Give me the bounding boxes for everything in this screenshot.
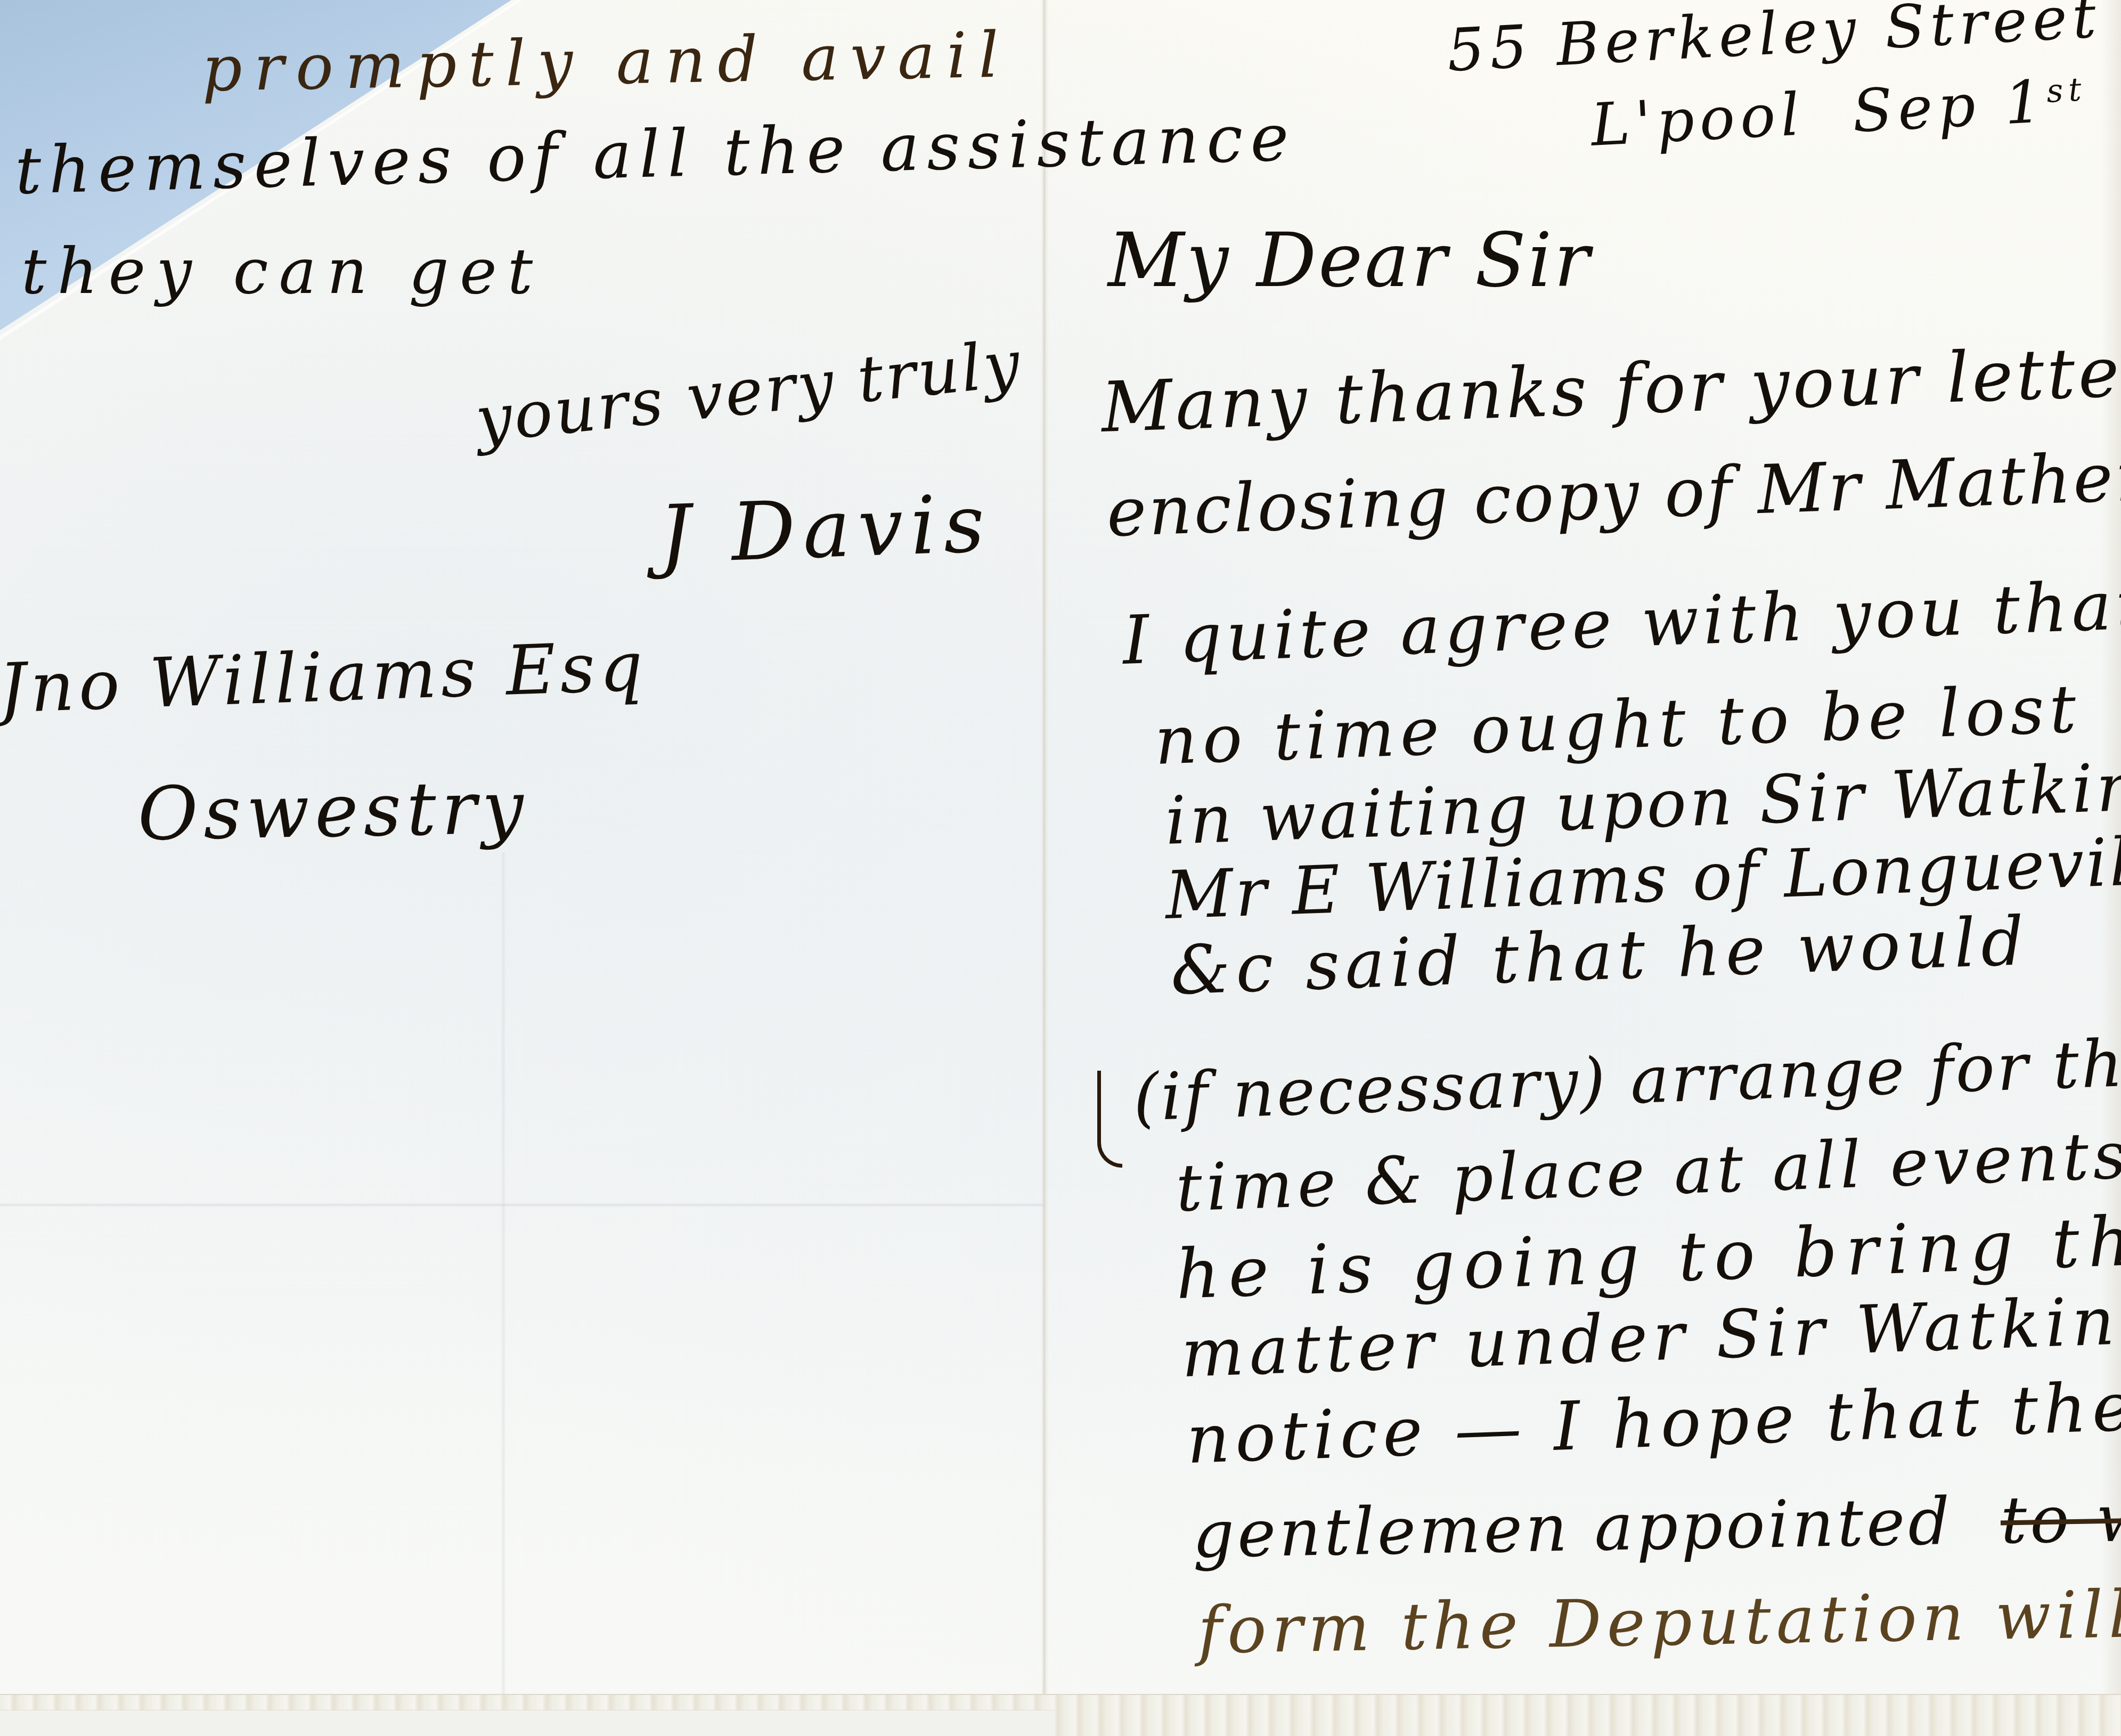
closing-phrase: yours very truly: [472, 332, 1024, 453]
center-fold: [1041, 0, 1049, 1736]
addressee-place: Oswestry: [137, 771, 529, 851]
body-line: I quite agree with you that: [1122, 572, 2121, 674]
signature: J Davis: [658, 484, 993, 575]
vertical-crease-left: [501, 852, 506, 1705]
body-line: enclosing copy of Mr Mathers's: [1106, 440, 2121, 547]
body-line: notice — I hope that the: [1186, 1373, 2121, 1473]
scanned-letter: promptly and avail themselves of all the…: [0, 0, 2121, 1736]
letter-place: L'pool: [1589, 80, 1806, 159]
body-line: time & place at all events: [1175, 1123, 2121, 1221]
horizontal-crease: [0, 1203, 1044, 1207]
body-line-text: gentlemen appointed: [1192, 1484, 1954, 1572]
left-line-3: they can get: [21, 240, 543, 303]
sender-address: 55 Berkeley Street: [1446, 0, 2102, 80]
struck-through-text: to wait: [2000, 1478, 2121, 1558]
addressee-name: Jno Williams Esq: [0, 633, 648, 723]
place-date: L'pool Sep 1st: [1589, 70, 2089, 154]
opening-parenthesis: [1097, 1071, 1122, 1168]
body-line: gentlemen appointed to wait: [1192, 1484, 2121, 1567]
letter-date: Sep 1: [1850, 67, 2049, 145]
body-line: Many thanks for your letter: [1100, 336, 2121, 442]
salutation: My Dear Sir: [1108, 224, 1592, 298]
body-line: (if necessary) arrange for the: [1132, 1029, 2121, 1130]
left-line-1: promptly and avail: [201, 23, 1011, 100]
body-line: form the Deputation will: [1197, 1582, 2121, 1663]
bottom-edge-left: [0, 1710, 1055, 1736]
date-ordinal: st: [2045, 71, 2087, 110]
